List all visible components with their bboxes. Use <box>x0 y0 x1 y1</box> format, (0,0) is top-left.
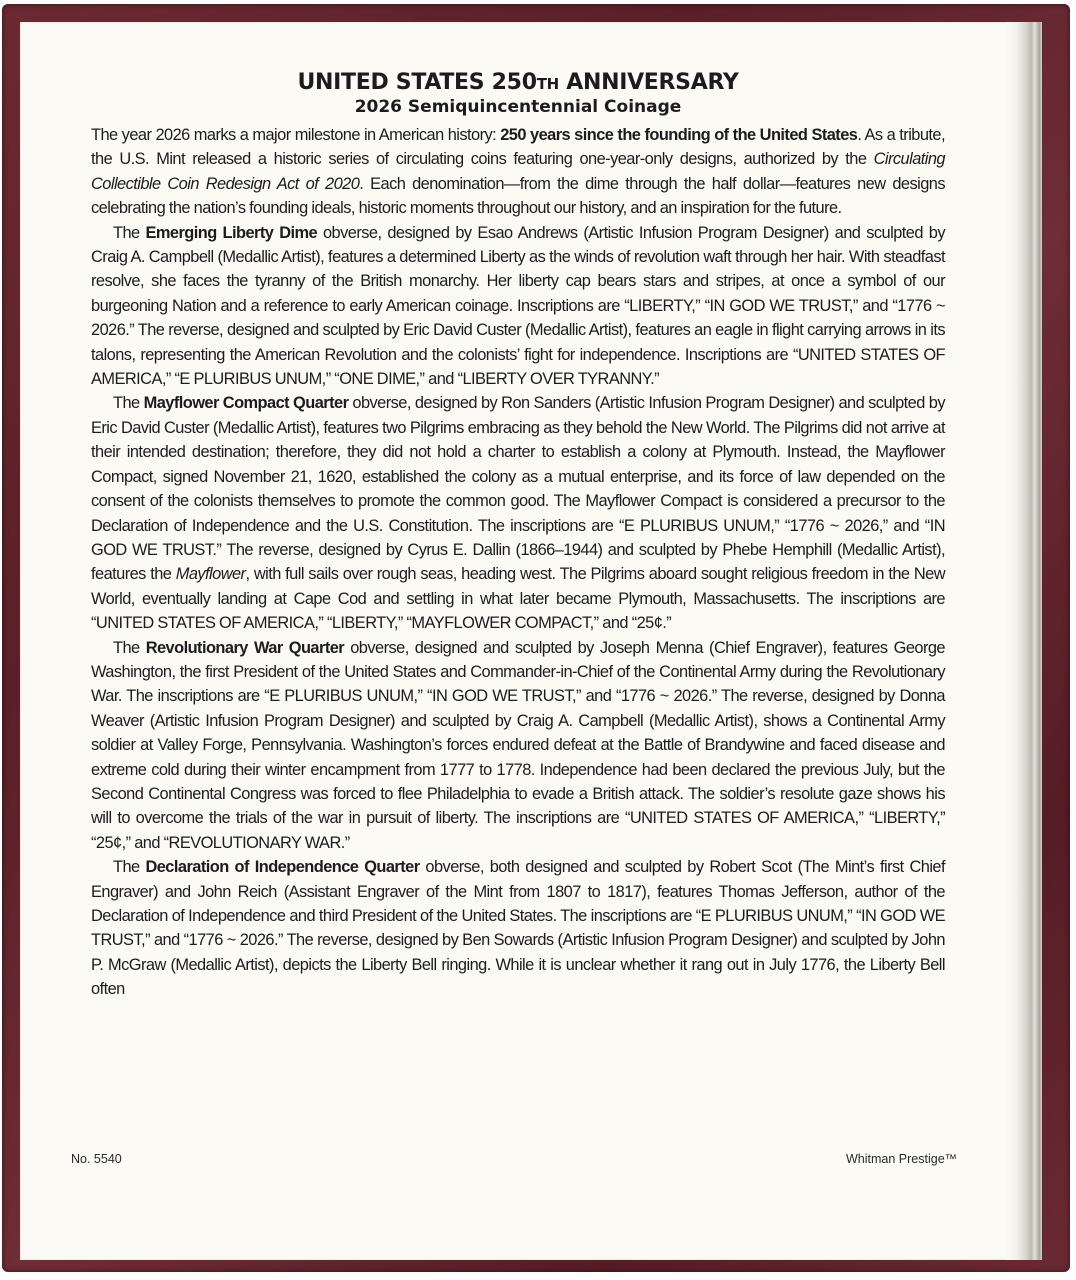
title-prefix: UNITED STATES 250 <box>297 70 536 95</box>
catalog-number: No. 5540 <box>71 1152 122 1166</box>
title-ordinal-suffix: TH <box>537 75 559 93</box>
coin-name: 250 years since the founding of the Unit… <box>500 126 857 144</box>
text-run: The year 2026 marks a major milestone in… <box>91 126 500 144</box>
text-run: The <box>113 224 145 242</box>
text-run: obverse, both designed and sculpted by R… <box>91 858 945 998</box>
brand-mark: Whitman Prestige™ <box>846 1152 957 1166</box>
text-run: obverse, designed by Esao Andrews (Artis… <box>91 224 945 388</box>
coin-name: Mayflower Compact Quarter <box>144 394 349 412</box>
text-run: The <box>113 639 146 657</box>
paragraph-mayflower-compact-quarter: The Mayflower Compact Quarter obverse, d… <box>91 391 945 635</box>
text-run: obverse, designed by Ron Sanders (Artist… <box>91 394 945 583</box>
page-subtitle: 2026 Semiquincentennial Coinage <box>91 97 945 117</box>
text-run: The <box>113 394 144 412</box>
page-edge-stack <box>1006 22 1042 1260</box>
italic-title: Mayflower <box>176 565 246 583</box>
paragraph-revolutionary-war-quarter: The Revolutionary War Quarter obverse, d… <box>91 636 945 856</box>
paragraph-declaration-of-independence-quarter: The Declaration of Independence Quarter … <box>91 855 945 1001</box>
coin-name: Emerging Liberty Dime <box>145 224 317 242</box>
title-end: ANNIVERSARY <box>559 70 739 95</box>
text-run: obverse, designed and sculpted by Joseph… <box>91 639 945 852</box>
text-run: The <box>113 858 145 876</box>
page-title: UNITED STATES 250TH ANNIVERSARY <box>91 70 945 97</box>
coin-name: Revolutionary War Quarter <box>146 639 344 657</box>
paragraph-intro: The year 2026 marks a major milestone in… <box>91 123 945 221</box>
coin-name: Declaration of Independence Quarter <box>145 858 419 876</box>
page-content: UNITED STATES 250TH ANNIVERSARY 2026 Sem… <box>91 70 945 1002</box>
paragraph-emerging-liberty-dime: The Emerging Liberty Dime obverse, desig… <box>91 221 945 392</box>
